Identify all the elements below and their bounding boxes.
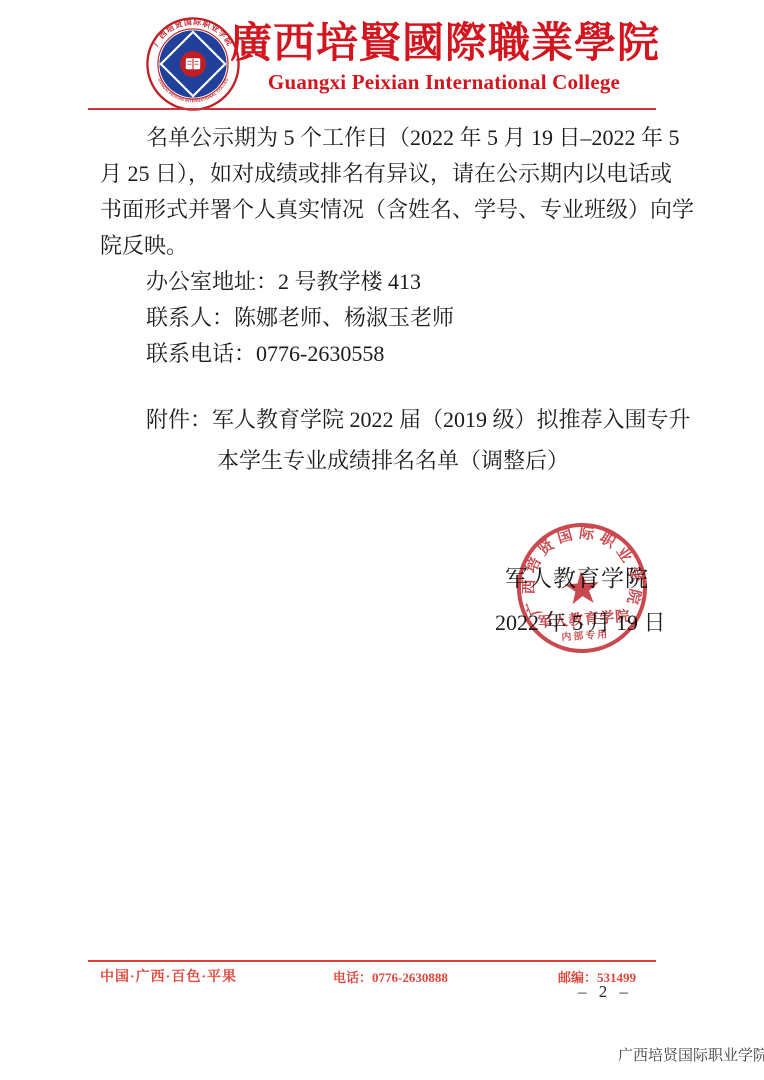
- paragraph-line: 院反映。: [100, 228, 672, 264]
- paragraph-line: 月 25 日），如对成绩或排名有异议，请在公示期内以电话或: [100, 156, 672, 192]
- college-name-chinese: 廣西培賢國際職業學院: [230, 20, 658, 68]
- seal-department-text: 军人教育学院: [537, 607, 631, 631]
- bottom-watermark: 广西培贤国际职业学院: [618, 1044, 764, 1065]
- footer-divider: [88, 960, 656, 962]
- attachment-line: 附件：军人教育学院 2022 届（2019 级）拟推荐入围专升: [100, 399, 672, 440]
- paragraph-line: 书面形式并署个人真实情况（含姓名、学号、专业班级）向学: [100, 192, 672, 228]
- contact-person: 联系人：陈娜老师、杨淑玉老师: [100, 300, 672, 336]
- header-divider: [88, 108, 656, 110]
- official-seal-stamp: 广西培贤国际职业学院 军人教育学院 内部专用: [507, 513, 656, 662]
- document-page: 广西培贤国际职业学院 GUANGXI PEIXIAN INTERNATIONAL…: [0, 0, 764, 1080]
- open-book-icon: [186, 58, 200, 69]
- office-address: 办公室地址：2 号教学楼 413: [100, 264, 672, 300]
- body-text: 名单公示期为 5 个工作日（2022 年 5 月 19 日–2022 年 5 月…: [100, 120, 672, 372]
- seal-ring-text: 广西培贤国际职业学院: [516, 519, 647, 619]
- header-title-block: 廣西培賢國際職業學院 Guangxi Peixian International…: [230, 20, 658, 95]
- contact-phone: 联系电话：0776-2630558: [100, 336, 672, 372]
- page-number: – 2 –: [578, 982, 632, 1002]
- seal-star-icon: [564, 570, 600, 605]
- footer-location: 中国·广西·百色·平果: [100, 966, 237, 986]
- paragraph-line: 名单公示期为 5 个工作日（2022 年 5 月 19 日–2022 年 5: [100, 120, 672, 156]
- college-logo-icon: 广西培贤国际职业学院 GUANGXI PEIXIAN INTERNATIONAL…: [144, 16, 242, 112]
- college-name-english: Guangxi Peixian International College: [230, 70, 658, 95]
- seal-internal-use-text: 内部专用: [561, 627, 610, 643]
- attachment-line: 本学生专业成绩排名名单（调整后）: [100, 440, 672, 481]
- attachment-note: 附件：军人教育学院 2022 届（2019 级）拟推荐入围专升 本学生专业成绩排…: [100, 399, 672, 481]
- footer-phone: 电话：0776-2630888: [333, 967, 448, 986]
